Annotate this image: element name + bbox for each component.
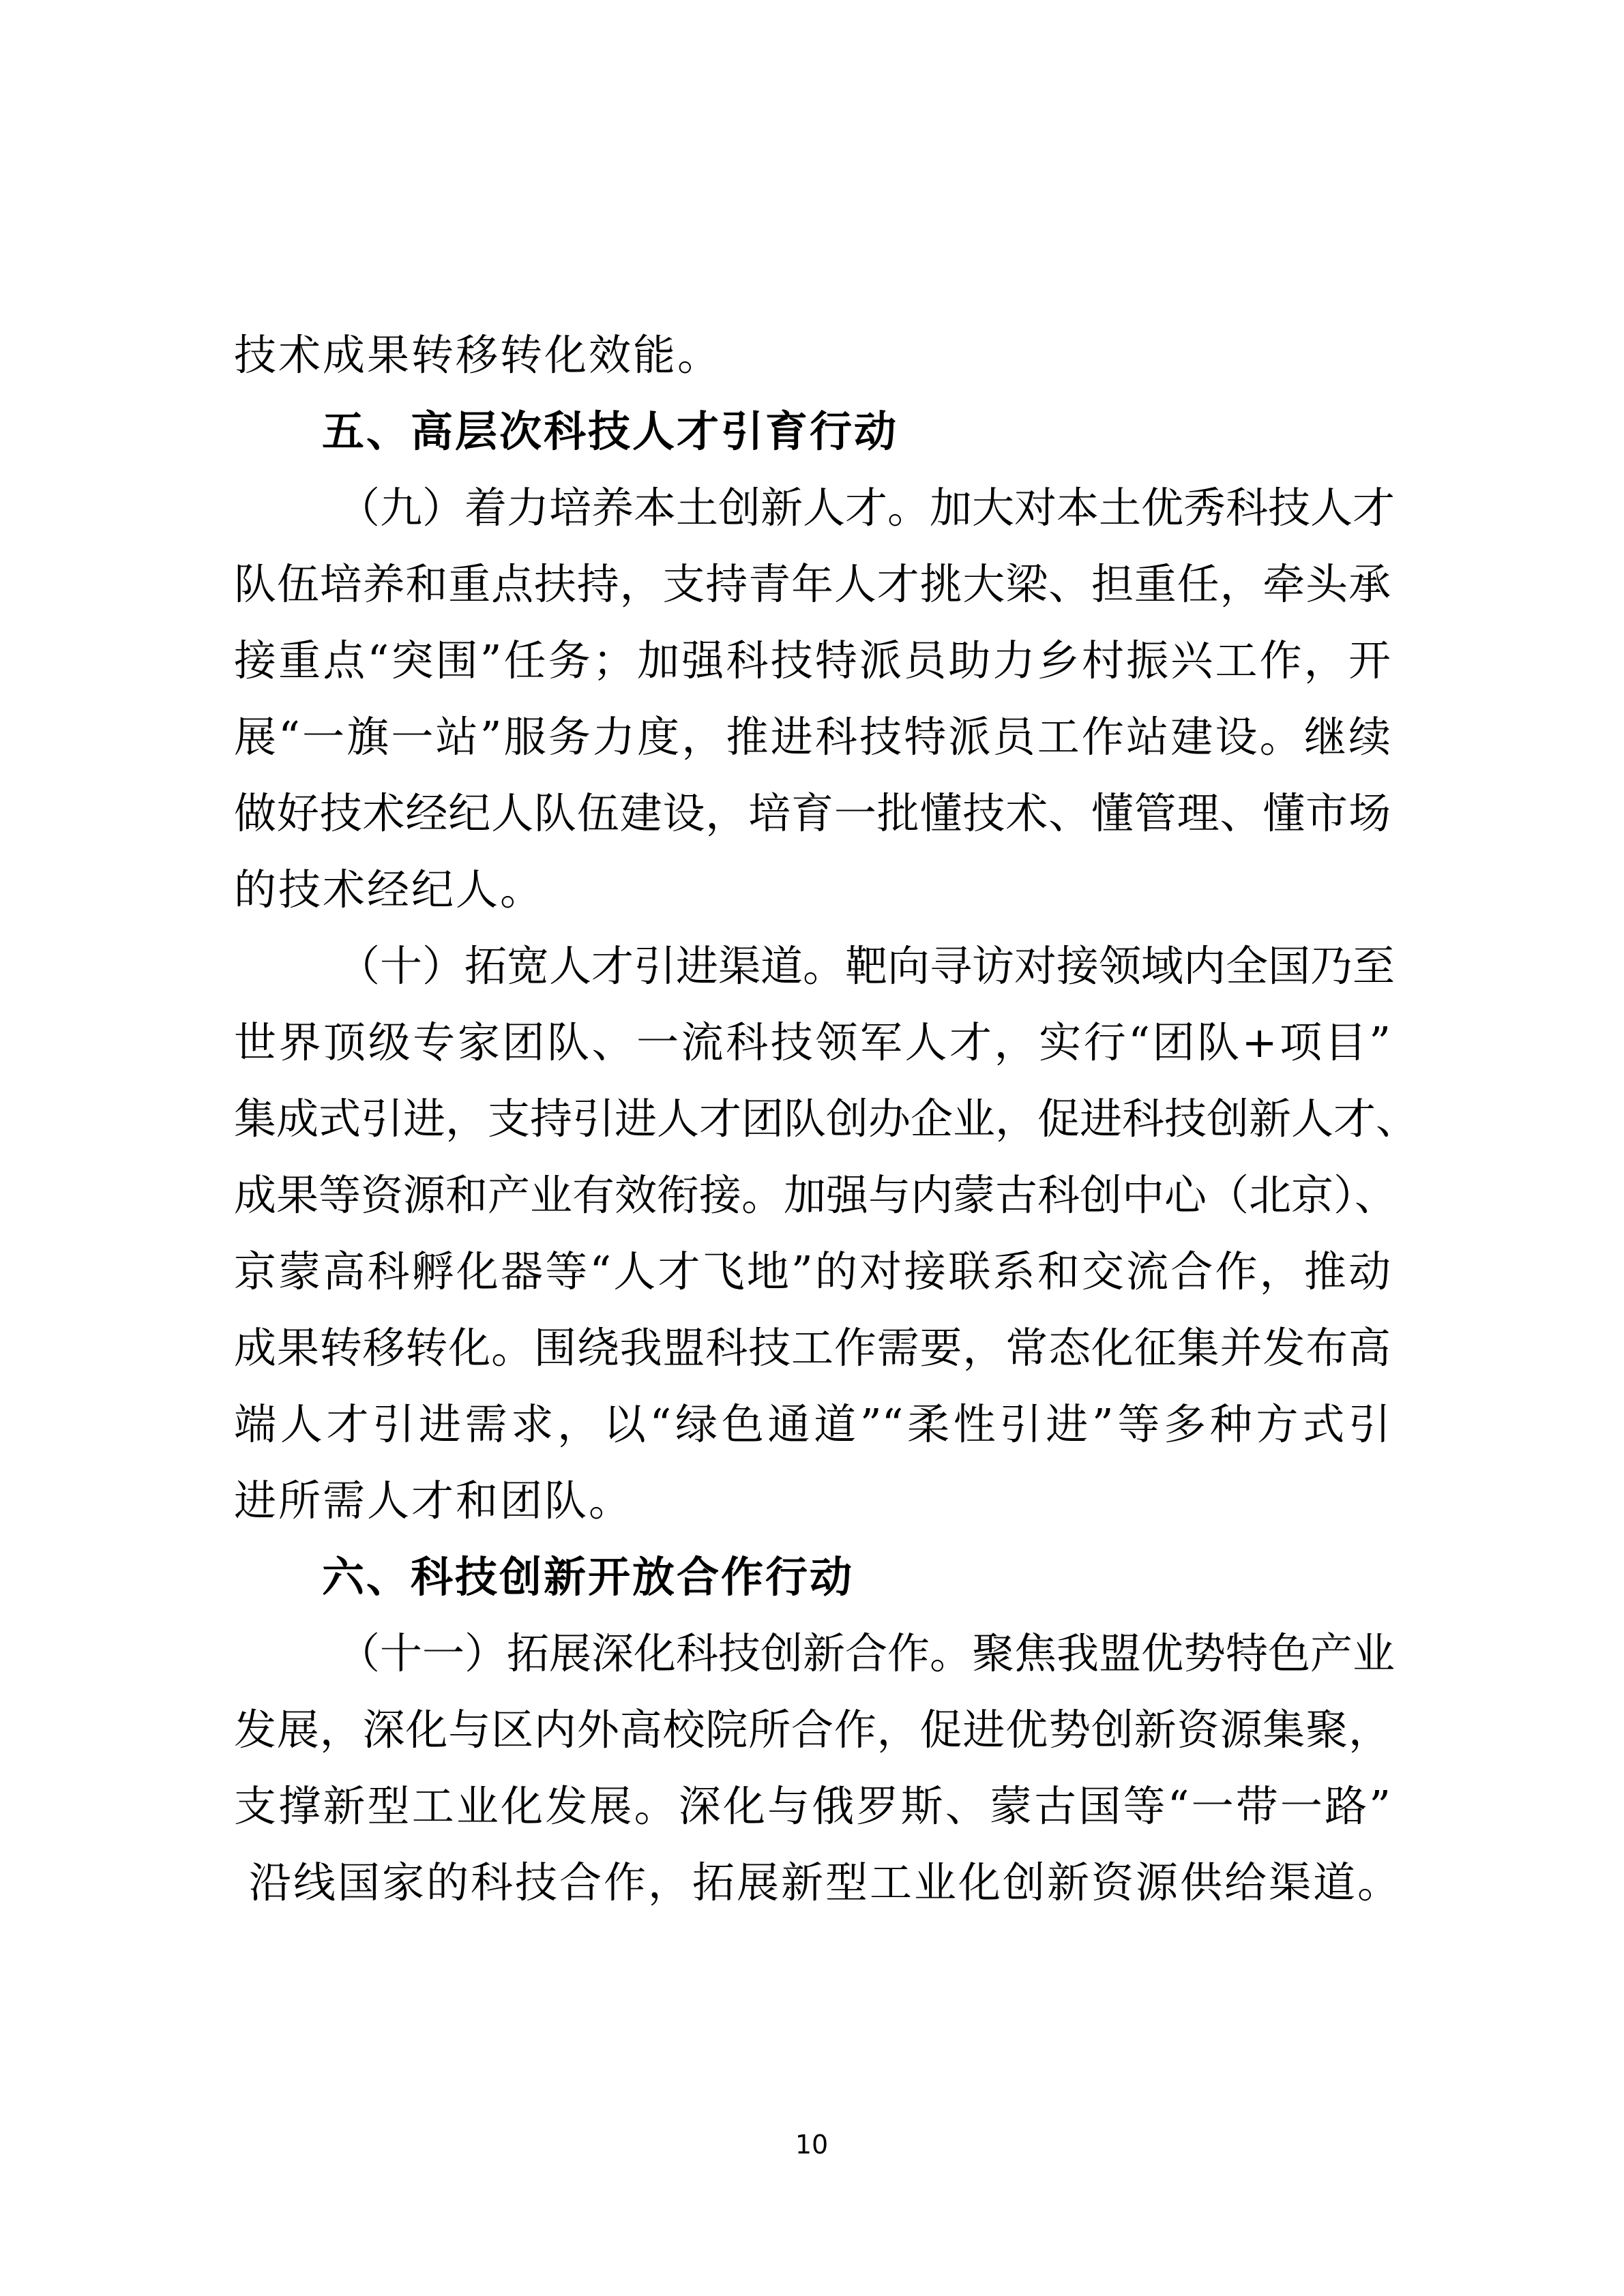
body-line: 展“一旗一站”服务力度，推进科技特派员工作站建设。继续	[234, 699, 1391, 775]
body-line: 发展，深化与区内外高校院所合作，促进优势创新资源集聚，	[234, 1692, 1391, 1768]
body-line: 沿线国家的科技合作，拓展新型工业化创新资源供给渠道。	[234, 1845, 1391, 1921]
document-page: 技术成果转移转化效能。 五、高层次科技人才引育行动 （九）着力培养本土创新人才。…	[0, 0, 1624, 2296]
body-line: 队伍培养和重点扶持，支持青年人才挑大梁、担重任，牵头承	[234, 546, 1391, 623]
body-line: 成果转移转化。围绕我盟科技工作需要，常态化征集并发布高	[234, 1310, 1391, 1386]
paragraph-10-first-line: （十）拓宽人才引进渠道。靶向寻访对接领域内全国乃至	[234, 928, 1391, 1004]
paragraph-9-first-line: （九）着力培养本土创新人才。加大对本土优秀科技人才	[234, 470, 1391, 546]
body-line: 世界顶级专家团队、一流科技领军人才，实行“团队+项目”	[234, 1004, 1391, 1081]
section-heading-5: 五、高层次科技人才引育行动	[234, 393, 1391, 470]
body-line: 技术成果转移转化效能。	[234, 317, 1391, 393]
body-line: 进所需人才和团队。	[234, 1463, 1391, 1539]
body-line: 的技术经纪人。	[234, 852, 1391, 928]
paragraph-11-first-line: （十一）拓展深化科技创新合作。聚焦我盟优势特色产业	[234, 1615, 1391, 1692]
body-line: 支撑新型工业化发展。深化与俄罗斯、蒙古国等“一带一路”	[234, 1768, 1391, 1845]
document-body: 技术成果转移转化效能。 五、高层次科技人才引育行动 （九）着力培养本土创新人才。…	[234, 317, 1391, 1921]
page-number: 10	[791, 2128, 832, 2162]
body-line: 集成式引进，支持引进人才团队创办企业，促进科技创新人才、	[234, 1081, 1391, 1157]
body-line: 端人才引进需求，以“绿色通道”“柔性引进”等多种方式引	[234, 1386, 1391, 1463]
body-line: 成果等资源和产业有效衔接。加强与内蒙古科创中心（北京）、	[234, 1157, 1391, 1234]
body-line: 做好技术经纪人队伍建设，培育一批懂技术、懂管理、懂市场	[234, 775, 1391, 852]
body-line: 接重点“突围”任务；加强科技特派员助力乡村振兴工作，开	[234, 623, 1391, 699]
body-line: 京蒙高科孵化器等“人才飞地”的对接联系和交流合作，推动	[234, 1234, 1391, 1310]
section-heading-6: 六、科技创新开放合作行动	[234, 1539, 1391, 1615]
